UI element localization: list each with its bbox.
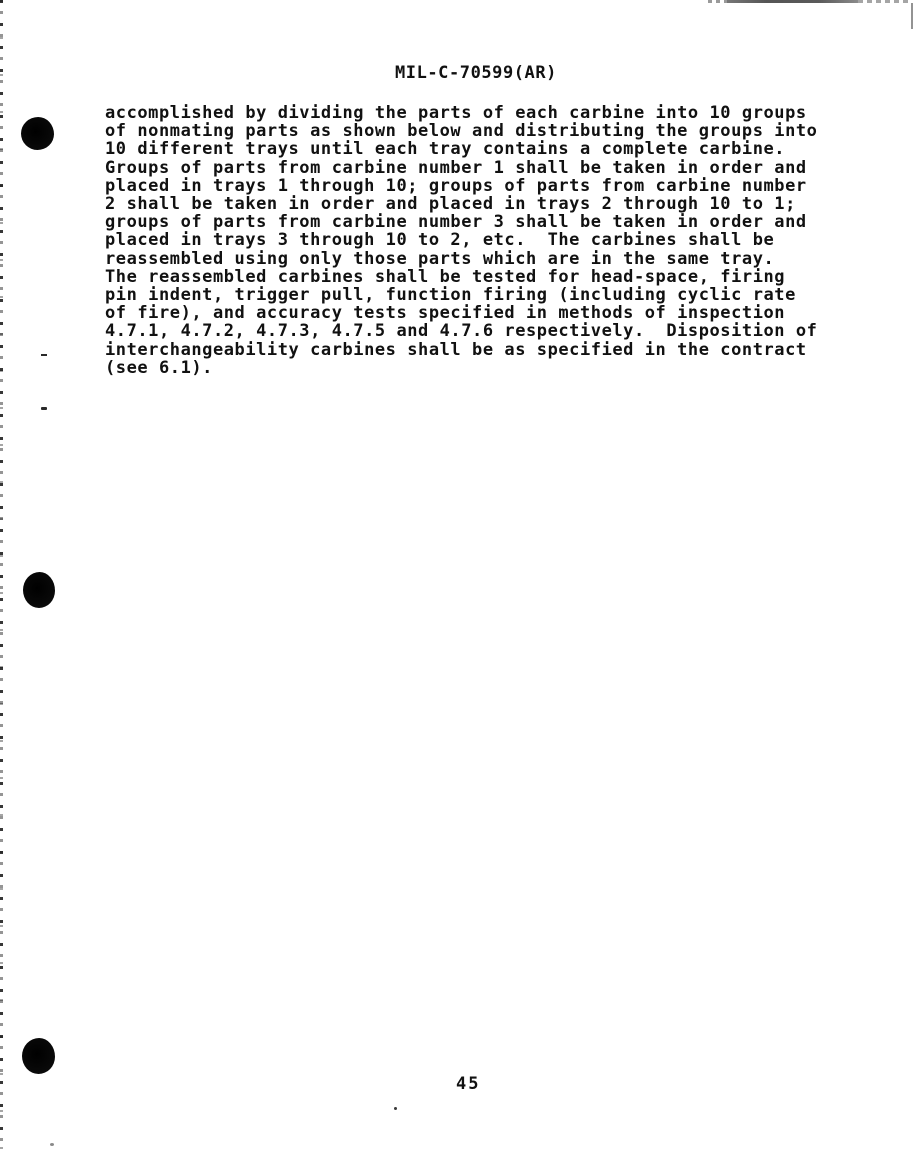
binding-edge-noise (0, 0, 3, 1149)
scan-smudge-line (708, 0, 908, 5)
smudge-bar (727, 0, 858, 3)
scan-edge-tick (911, 3, 913, 29)
scanned-document-page: MIL-C-70599(AR) accomplished by dividing… (0, 0, 914, 1149)
stray-mark (41, 354, 47, 356)
smudge-dashes (708, 0, 727, 3)
stray-mark (41, 407, 47, 410)
stray-speck (394, 1107, 397, 1110)
document-id-header: MIL-C-70599(AR) (395, 63, 557, 83)
punch-hole-dot (22, 1038, 55, 1074)
page-number: 45 (456, 1074, 480, 1094)
body-paragraph: accomplished by dividing the parts of ea… (105, 104, 817, 377)
smudge-dashes (858, 0, 908, 3)
stray-speck (50, 1143, 54, 1146)
punch-hole-dot (21, 117, 54, 150)
punch-hole-dot (23, 572, 55, 608)
